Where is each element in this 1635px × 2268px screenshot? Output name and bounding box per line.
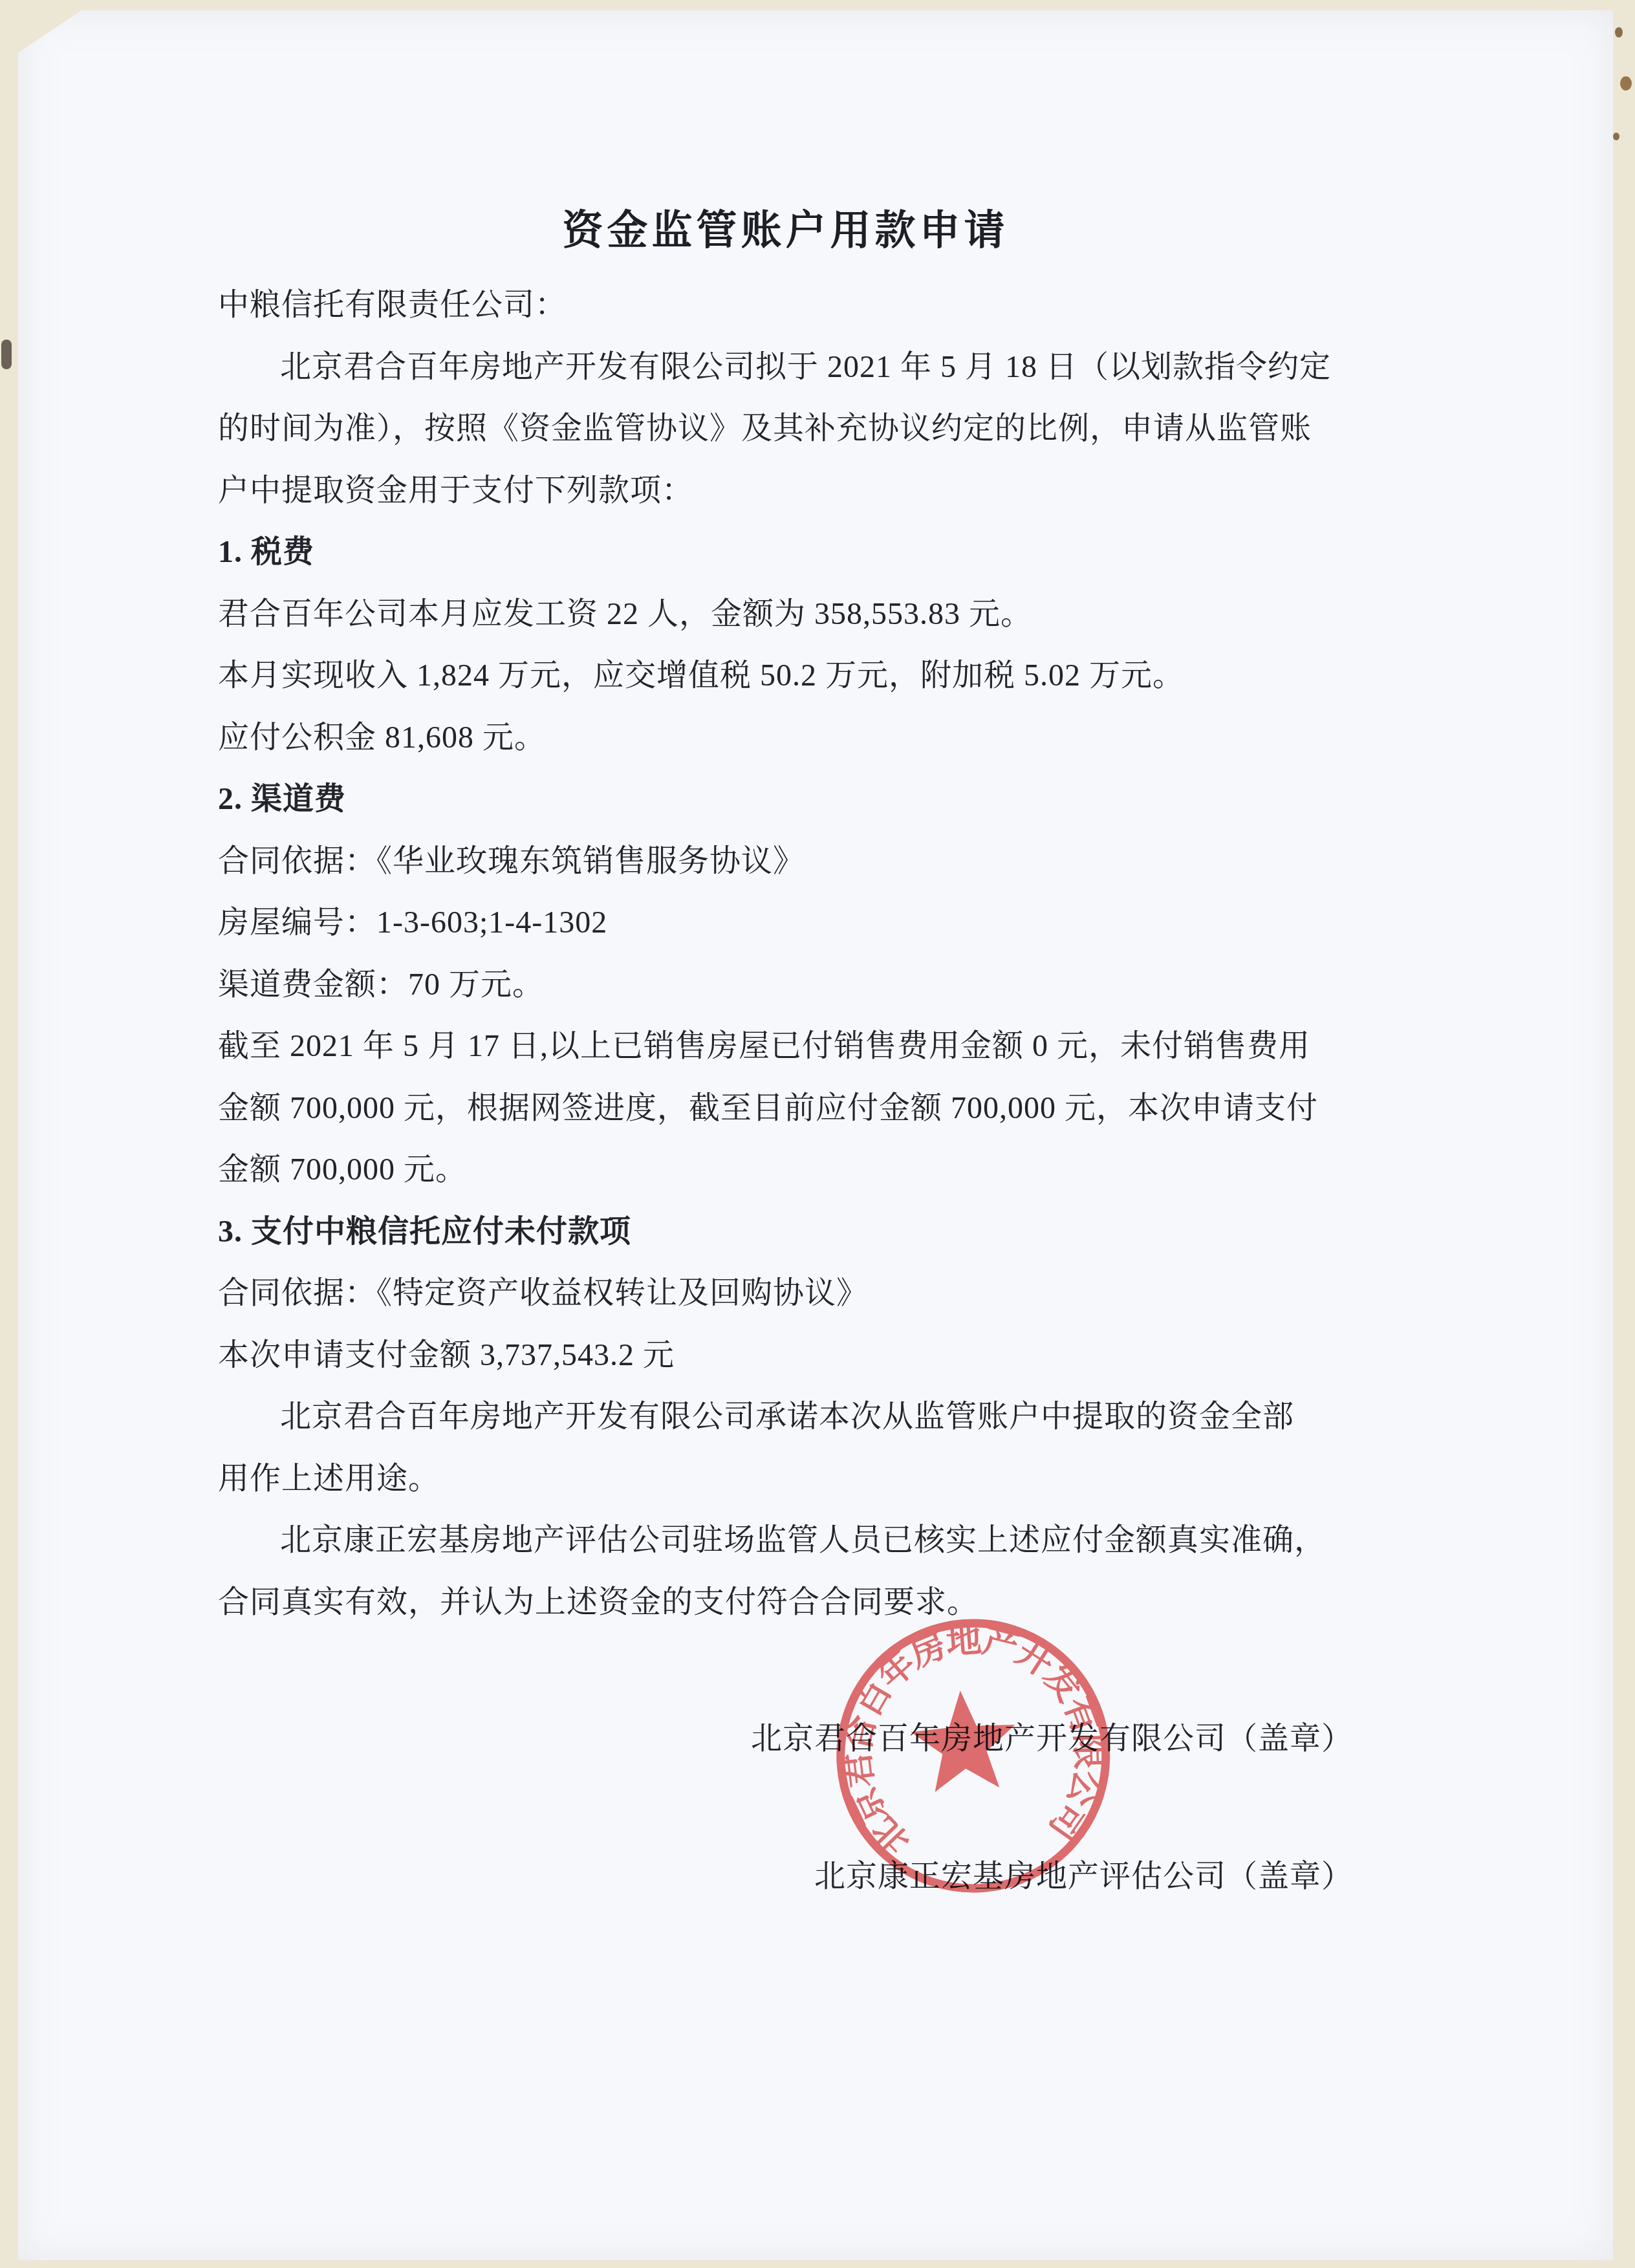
section-heading-trust-payment: 3. 支付中粮信托应付未付款项 — [218, 1201, 1356, 1263]
text-line: 合同真实有效，并认为上述资金的支付符合合同要求。 — [218, 1571, 1356, 1634]
signature-line-developer: 北京君合百年房地产开发有限公司（盖章） — [218, 1713, 1353, 1758]
section-heading-taxes: 1. 税费 — [218, 521, 1356, 583]
text-line: 北京康正宏基房地产评估公司驻场监管人员已核实上述应付金额真实准确， — [218, 1509, 1356, 1571]
text-line: 合同依据：《特定资产收益权转让及回购协议》 — [218, 1262, 1356, 1324]
text-line: 本次申请支付金额 3,737,543.2 元 — [218, 1324, 1356, 1387]
text-line: 用作上述用途。 — [218, 1448, 1356, 1510]
text-line: 君合百年公司本月应发工资 22 人，金额为 358,553.83 元。 — [218, 583, 1356, 645]
text-line: 金额 700,000 元。 — [218, 1139, 1356, 1201]
text-line: 的时间为准），按照《资金监管协议》及其补充协议约定的比例，申请从监管账 — [218, 398, 1356, 460]
text-line: 金额 700,000 元，根据网签进度，截至目前应付金额 700,000 元，本… — [218, 1077, 1356, 1139]
company-seal-stamp: 北京君合百年房地产开发有限公司 — [821, 1606, 1125, 1910]
document-page: 资金监管账户用款申请 中粮信托有限责任公司： 北京君合百年房地产开发有限公司拟于… — [18, 10, 1613, 2260]
text-line: 本月实现收入 1,824 万元，应交增值税 50.2 万元，附加税 5.02 万… — [218, 645, 1356, 707]
scan-speck — [1, 340, 12, 369]
text-line: 房屋编号：1-3-603;1-4-1302 — [218, 892, 1356, 954]
scan-speck — [1613, 133, 1619, 140]
text-line: 北京君合百年房地产开发有限公司承诺本次从监管账户中提取的资金全部 — [218, 1386, 1356, 1448]
scan-speck — [1620, 76, 1632, 91]
scan-speck — [1615, 27, 1623, 38]
stamp-star-icon — [908, 1687, 1019, 1794]
text-line: 截至 2021 年 5 月 17 日,以上已销售房屋已付销售费用金额 0 元，未… — [218, 1015, 1356, 1077]
document-title: 资金监管账户用款申请 — [218, 197, 1353, 256]
document-body: 中粮信托有限责任公司： 北京君合百年房地产开发有限公司拟于 2021 年 5 月… — [218, 274, 1356, 1633]
text-line: 应付公积金 81,608 元。 — [218, 707, 1356, 769]
text-line: 渠道费金额：70 万元。 — [218, 954, 1356, 1016]
section-heading-channel-fee: 2. 渠道费 — [218, 768, 1356, 830]
text-line: 北京君合百年房地产开发有限公司拟于 2021 年 5 月 18 日（以划款指令约… — [218, 336, 1356, 398]
text-line: 户中提取资金用于支付下列款项： — [218, 460, 1356, 522]
text-line: 合同依据：《华业玫瑰东筑销售服务协议》 — [218, 830, 1356, 892]
signature-line-evaluator: 北京康正宏基房地产评估公司（盖章） — [218, 1851, 1353, 1895]
salutation-line: 中粮信托有限责任公司： — [218, 274, 1356, 336]
